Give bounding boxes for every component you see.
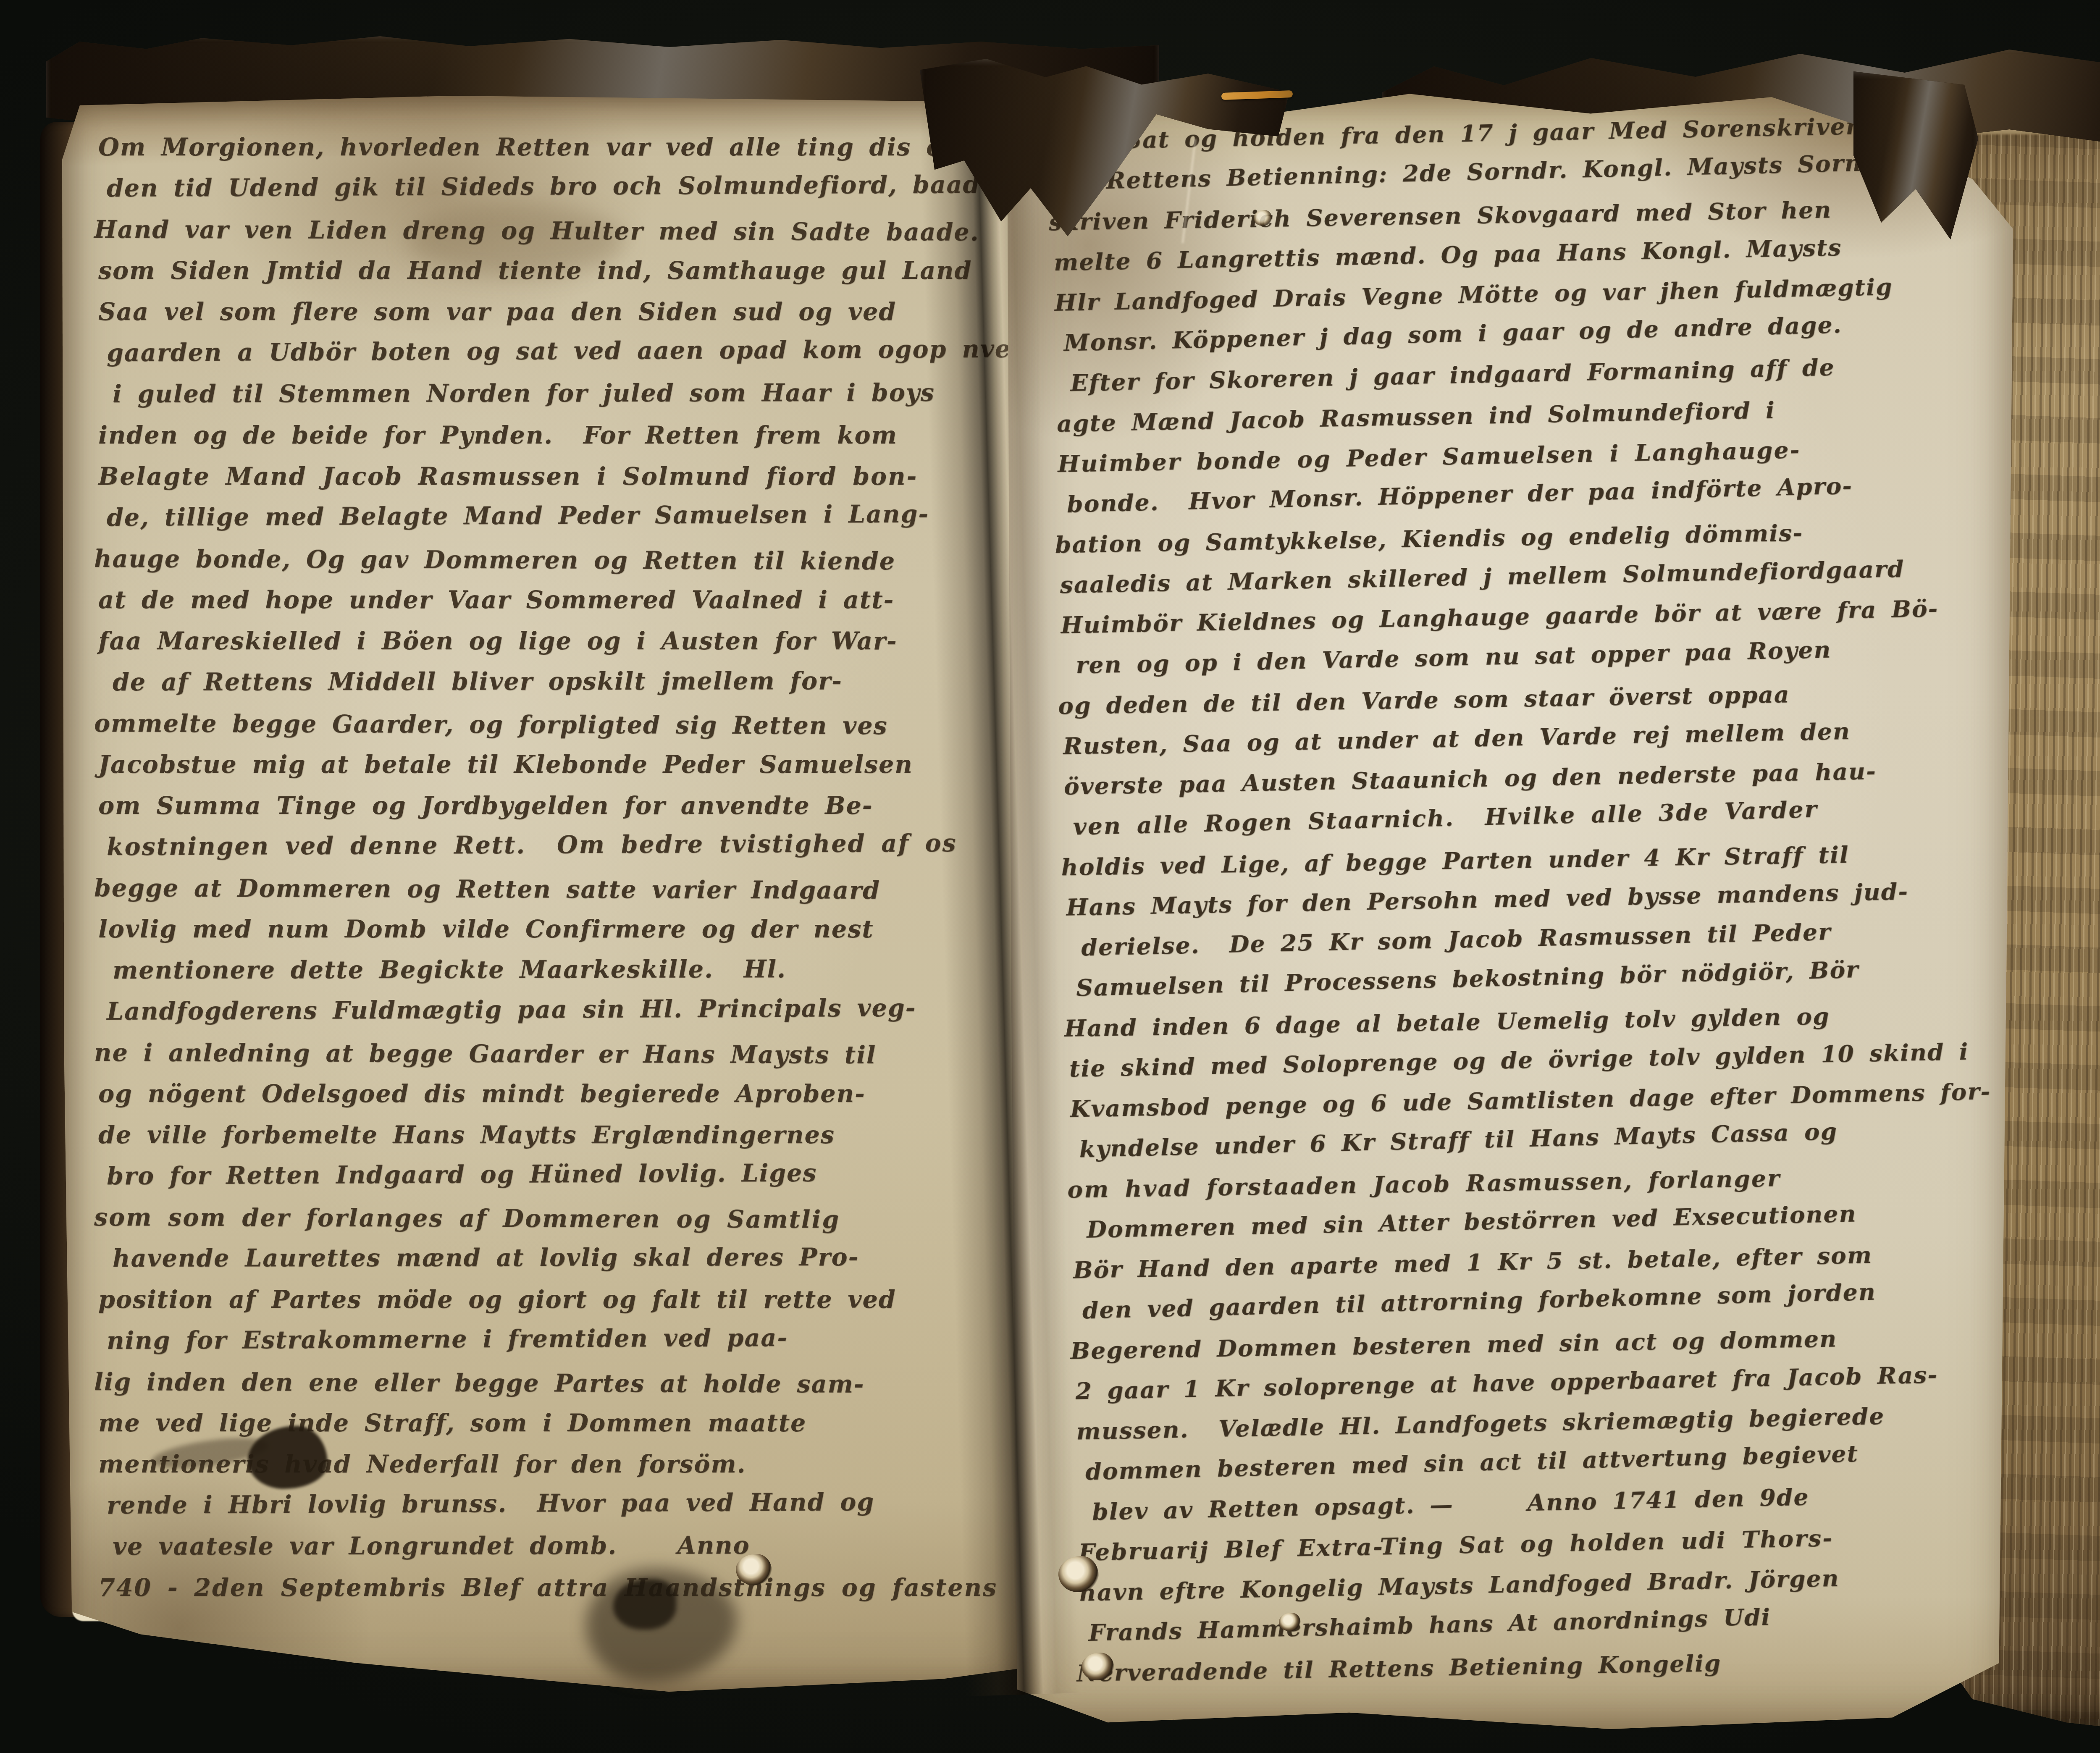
manuscript-line: inden og de beide for Pynden. For Retten… (98, 415, 1041, 456)
manuscript-line: 740 - 2den Septembris Blef attra Haandst… (98, 1567, 1041, 1609)
manuscript-line: mentionere dette Begickte Maarkeskille. … (113, 948, 1041, 991)
manuscript-line: position af Partes möde og giort og falt… (98, 1279, 1041, 1320)
manuscript-line: ning for Estrakommerne i fremtiden ved p… (107, 1316, 1041, 1362)
manuscript-line: havende Laurettes mænd at lovlig skal de… (113, 1236, 1041, 1279)
manuscript-line: lovlig med num Domb vilde Confirmere og … (98, 909, 1041, 950)
manuscript-line: at de med hope under Vaar Sommered Vaaln… (98, 580, 1041, 621)
manuscript-line: begge at Dommeren og Retten satte varier… (94, 868, 1037, 912)
manuscript-line: hauge bonde, Og gav Dommeren og Retten t… (94, 538, 1037, 583)
wormhole (1081, 1653, 1114, 1680)
manuscript-line: ommelte begge Gaarder, og forpligted sig… (94, 703, 1037, 747)
manuscript-line: faa Mareskielled i Böen og lige og i Aus… (98, 621, 1041, 662)
manuscript-line: Belagte Mand Jacob Rasmussen i Solmund f… (98, 456, 1041, 497)
manuscript-line: og nögent Odelsgoed dis mindt begierede … (98, 1073, 1041, 1115)
manuscript-line: Om Morgionen, hvorleden Retten var ved a… (98, 127, 1041, 168)
wormhole (1254, 210, 1272, 226)
manuscript-line: om Summa Tinge og Jordbygelden for anven… (98, 785, 1041, 827)
manuscript-line: som Siden Jmtid da Hand tiente ind, Samt… (98, 250, 1041, 291)
manuscript-line: bro for Retten Indgaard og Hüned lovlig.… (107, 1152, 1041, 1197)
right-page: Rett Sat og holden fra den 17 j gaar Med… (1007, 81, 2013, 1729)
wormhole (736, 1554, 772, 1585)
manuscript-line: de af Rettens Middell bliver opskilt jme… (113, 660, 1041, 703)
manuscript-line: Jacobstue mig at betale til Klebonde Ped… (98, 744, 1041, 785)
manuscript-line: me ved lige inde Straff, som i Dommen ma… (98, 1403, 1041, 1444)
manuscript-line: den tid Udend gik til Sideds bro och Sol… (107, 164, 1041, 209)
manuscript-line: rende i Hbri lovlig brunss. Hvor paa ved… (107, 1481, 1041, 1526)
manuscript-line: som som der forlanges af Dommeren og Sam… (94, 1197, 1037, 1241)
manuscript-line: Landfogderens Fuldmægtig paa sin Hl. Pri… (107, 987, 1041, 1032)
right-page-text: Rett Sat og holden fra den 17 j gaar Med… (1007, 81, 2013, 1729)
wormhole (1058, 1556, 1099, 1592)
manuscript-line: Saa vel som flere som var paa den Siden … (98, 291, 1041, 333)
wormhole (1279, 1613, 1301, 1631)
manuscript-line: Hand var ven Liden dreng og Hulter med s… (94, 209, 1037, 253)
manuscript-line: i guled til Stemmen Norden for juled som… (113, 372, 1041, 415)
manuscript-line: ne i anledning at begge Gaarder er Hans … (94, 1032, 1037, 1076)
manuscript-line: kostningen ved denne Rett. Om bedre tvis… (107, 822, 1041, 868)
manuscript-line: gaarden a Udbör boten og sat ved aaen op… (107, 328, 1041, 374)
photograph-background: Om Morgionen, hvorleden Retten var ved a… (0, 0, 2100, 1753)
manuscript-line: de ville forbemelte Hans Maytts Erglændi… (98, 1115, 1041, 1156)
manuscript-line: lig inden den ene eller begge Partes at … (94, 1362, 1037, 1406)
manuscript-line: ve vaatesle var Longrundet domb. Anno (113, 1525, 1041, 1567)
manuscript-line: de, tillige med Belagte Mand Peder Samue… (107, 493, 1041, 538)
